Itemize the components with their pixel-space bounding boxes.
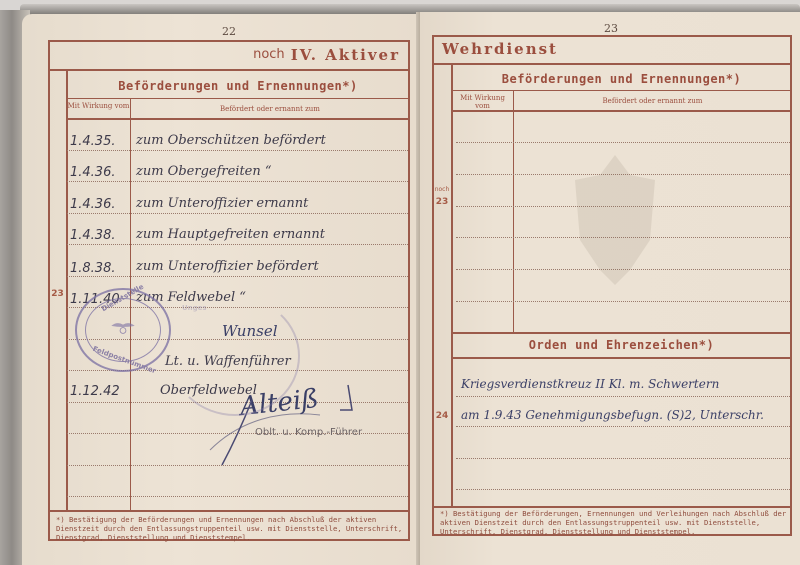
entry-date: 1.4.36. [70, 165, 115, 180]
writing-line [67, 150, 408, 151]
right-margin-noch: noch [432, 186, 452, 193]
date-column-divider [513, 90, 514, 333]
unit-stamp: Dienststelle Feldpostnummer [75, 288, 171, 372]
writing-line [67, 213, 408, 214]
entry-text: zum Hauptgefreiten ernannt [136, 227, 325, 242]
orden-entry: Kriegsverdienstkreuz II Kl. m. Schwerter… [461, 377, 719, 391]
writing-line [456, 489, 790, 490]
col-header-content: Befördert oder ernannt zum [130, 105, 410, 113]
writing-line [456, 396, 790, 397]
orden-margin-number: 24 [432, 411, 452, 421]
entry-date: 1.8.38. [70, 261, 115, 276]
footnote-rule [432, 506, 792, 508]
eagle-watermark-icon [560, 150, 670, 290]
left-section-title: Beförderungen und Ernennungen*) [66, 79, 410, 93]
writing-line [456, 301, 790, 302]
left-margin-number: 23 [49, 289, 66, 299]
col-header-content: Befördert oder ernannt zum [513, 97, 792, 105]
col-header-date: Mit Wirkung vom [67, 102, 130, 110]
right-footnote: *) Bestätigung der Beförderungen, Ernenn… [440, 509, 790, 536]
entry-date: 1.4.38. [70, 228, 115, 243]
rule [66, 118, 410, 120]
footnote-rule [48, 510, 410, 512]
second-stamp-arc: Unges [170, 296, 300, 416]
entry-text: zum Oberschützen befördert [136, 133, 326, 148]
entry-date: 1.4.35. [70, 134, 115, 149]
header-noch: noch [253, 47, 285, 62]
left-margin-divider [66, 71, 68, 511]
rule [451, 332, 792, 334]
left-footnote: *) Bestätigung der Beförderungen und Ern… [56, 515, 406, 542]
right-section-title: Beförderungen und Ernennungen*) [451, 72, 792, 86]
writing-line [456, 142, 790, 143]
right-margin-number: 23 [432, 197, 452, 207]
writing-line [67, 276, 408, 277]
entry-text: zum Unteroffizier befördert [136, 259, 319, 274]
rule [451, 357, 792, 359]
header-title-wehrdienst: Wehrdienst [442, 40, 558, 58]
rule [451, 90, 792, 91]
writing-line [456, 458, 790, 459]
left-page-header: noch IV. Aktiver [48, 40, 410, 71]
left-page-number: 22 [222, 25, 236, 38]
writing-line [67, 496, 408, 497]
stamp-text-middle: Unges [182, 304, 207, 312]
writing-line [67, 244, 408, 245]
rule [66, 98, 410, 99]
writing-line [456, 426, 790, 427]
entry-text: zum Unteroffizier ernannt [136, 196, 308, 211]
writing-line [67, 181, 408, 182]
header-title-aktiver: IV. Aktiver [291, 46, 400, 64]
right-page-number: 23 [604, 22, 618, 35]
entry-date: 1.4.36. [70, 197, 115, 212]
entry-text: zum Obergefreiten “ [136, 164, 272, 179]
eagle-emblem-icon [101, 320, 145, 334]
col-header-date: Mit Wirkung vom [452, 94, 513, 110]
orden-section-title: Orden und Ehrenzeichen*) [451, 338, 792, 352]
orden-entry: am 1.9.43 Genehmigungsbefugn. (S)2, Unte… [461, 408, 764, 422]
rule [451, 110, 792, 112]
right-page-header: Wehrdienst [432, 35, 792, 65]
entry-date: 1.12.42 [70, 384, 120, 399]
right-margin-divider [451, 65, 453, 507]
